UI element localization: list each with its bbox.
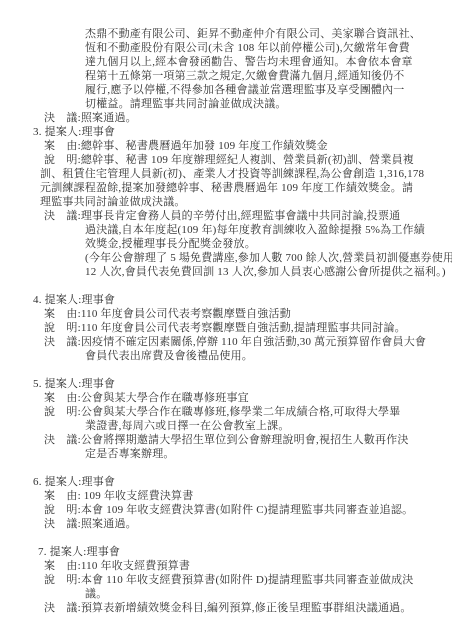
resolution-row: 決 議:照案通過。 [44, 111, 452, 125]
resolution-text: 公會將擇期邀請大學招生單位到公會辦理說明會,視招生人數再作決 [81, 434, 409, 446]
carryover-line: 杰鼎不動產有限公司、鉅昇不動產仲介有限公司、美家聯合資訊社、 [85, 27, 452, 41]
proposer-label: 提案人: [45, 378, 82, 390]
explanation-line: 理監事共同討論並做成決議。 [40, 195, 452, 209]
proposer-name: 理事會 [82, 294, 116, 306]
explanation-line: 元訓練課程盈餘,提案加發總幹事、秘書農曆過年 109 年度工作績效獎金。請 [40, 181, 452, 195]
document-page: 杰鼎不動產有限公司、鉅昇不動產仲介有限公司、美家聯合資訊社、 恆和不動產股份有限… [0, 0, 452, 640]
resolution-text: 預算表新增績效獎金科目,編列預算,修正後呈理監事群組決議通過。 [81, 602, 412, 614]
subject-row: 案 由:公會與某大學合作在職專修班事宜 [44, 391, 452, 405]
proposal-header: 7.提案人:理事會 [38, 545, 452, 559]
explanation-row: 說 明:公會與某大學合作在職專修班,修學業二年成績合格,可取得大學畢 [44, 405, 452, 419]
proposal-6: 6.提案人:理事會 案 由: 109 年收支經費決算書 說 明:本會 109 年… [0, 475, 452, 531]
resolution-label: 決 議: [44, 336, 81, 348]
carryover-line: 程第十五條第一項第三款之規定,欠繳會費滿九個月,經通知後仍不 [85, 69, 452, 83]
proposal-7: 7.提案人:理事會 案 由:110 年收支經費預算書 說 明:本會 110 年收… [0, 545, 452, 615]
resolution-text: 因疫情不確定因素關係,停辦 110 年自強活動,30 萬元預算留作會員大會 [81, 336, 426, 348]
explanation-text: 總幹事、秘書 109 年度辦理經紀人複訓、營業員新(初)訓、營業員複 [81, 154, 414, 166]
proposer-name: 理事會 [82, 378, 116, 390]
subject-row: 案 由: 109 年收支經費決算書 [44, 489, 452, 503]
resolution-row: 決 議:因疫情不確定因素關係,停辦 110 年自強活動,30 萬元預算留作會員大… [44, 335, 452, 349]
proposal-number: 3. [33, 126, 42, 138]
resolution-line: 定是否專案辦理。 [85, 447, 452, 461]
carryover-line: 切權益。請理監事共同討論並做成決議。 [85, 97, 452, 111]
proposer-name: 理事會 [87, 546, 121, 558]
resolution-label: 決 議: [44, 434, 81, 446]
proposer-label: 提案人: [45, 476, 82, 488]
proposer-label: 提案人: [45, 294, 82, 306]
proposal-header: 6.提案人:理事會 [33, 475, 452, 489]
carryover-line: 恆和不動產股份有限公司(未含 108 年以前停權公司),欠繳常年會費 [85, 41, 452, 55]
explanation-row: 說 明:110 年度會員公司代表考察觀摩暨自強活動,提請理監事共同討論。 [44, 321, 452, 335]
proposal-4: 4.提案人:理事會 案 由:110 年度會員公司代表考察觀摩暨自強活動 說 明:… [0, 293, 452, 363]
resolution-row: 決 議:理事長肯定會務人員的辛勞付出,經理監事會議中共同討論,投票通 [44, 209, 452, 223]
subject-row: 案 由:110 年收支經費預算書 [44, 559, 452, 573]
proposer-label: 提案人: [50, 546, 87, 558]
proposal-number: 4. [33, 294, 42, 306]
subject-label: 案 由: [44, 140, 81, 152]
carryover-section: 杰鼎不動產有限公司、鉅昇不動產仲介有限公司、美家聯合資訊社、 恆和不動產股份有限… [0, 27, 452, 125]
resolution-line: 會員代表出席費及會後禮品使用。 [85, 349, 452, 363]
proposal-number: 5. [33, 378, 42, 390]
resolution-text: 照案通過。 [81, 518, 137, 530]
proposal-number: 6. [33, 476, 42, 488]
resolution-line: 過決議,自本年度起(109 年)每年度教育訓練收入盈餘提撥 5%為工作績 [85, 223, 452, 237]
subject-row: 案 由:110 年度會員公司代表考察觀摩暨自強活動 [44, 307, 452, 321]
subject-text: 110 年收支經費預算書 [81, 560, 190, 572]
subject-label: 案 由: [44, 490, 81, 502]
explanation-text: 110 年度會員公司代表考察觀摩暨自強活動,提請理監事共同討論。 [81, 322, 406, 334]
subject-text: 110 年度會員公司代表考察觀摩暨自強活動 [81, 308, 291, 320]
explanation-line: 訓、租賃住宅管理人員新(初)、產業人才投資等訓練課程,為公會創造 1,316,1… [40, 167, 452, 181]
subject-label: 案 由: [44, 308, 81, 320]
explanation-line: 業證書,每周六或日擇一在公會教室上課。 [85, 419, 452, 433]
proposer-name: 理事會 [82, 126, 116, 138]
resolution-text: 照案通過。 [81, 112, 137, 124]
explanation-label: 說 明: [44, 154, 81, 166]
explanation-line: 議。 [85, 587, 452, 601]
subject-label: 案 由: [44, 560, 81, 572]
resolution-label: 決 議: [44, 602, 81, 614]
proposal-3: 3.提案人:理事會 案 由:總幹事、秘書農曆過年加發 109 年度工作績效獎金 … [0, 125, 452, 279]
resolution-row: 決 議:預算表新增績效獎金科目,編列預算,修正後呈理監事群組決議通過。 [44, 601, 452, 615]
proposal-5: 5.提案人:理事會 案 由:公會與某大學合作在職專修班事宜 說 明:公會與某大學… [0, 377, 452, 461]
resolution-row: 決 議:照案通過。 [44, 517, 452, 531]
proposer-label: 提案人: [45, 126, 82, 138]
carryover-line: 履行,應予以停權,不得參加各種會議並當選理監事及享受團體內一 [85, 83, 452, 97]
carryover-line: 達九個月以上,經本會發函勸告、警告均未理會通知。本會依本會章 [85, 55, 452, 69]
explanation-row: 說 明:總幹事、秘書 109 年度辦理經紀人複訓、營業員新(初)訓、營業員複 [44, 153, 452, 167]
subject-label: 案 由: [44, 392, 81, 404]
note-line: (今年公會辦理了 5 場免費講座,參加人數 700 餘人次,營業員初訓優惠券使用 [85, 251, 452, 265]
explanation-label: 說 明: [44, 322, 81, 334]
subject-text: 總幹事、秘書農曆過年加發 109 年度工作績效獎金 [81, 140, 328, 152]
proposal-header: 5.提案人:理事會 [33, 377, 452, 391]
resolution-label: 決 議: [44, 112, 81, 124]
subject-text: 公會與某大學合作在職專修班事宜 [81, 392, 249, 404]
resolution-label: 決 議: [44, 210, 81, 222]
resolution-label: 決 議: [44, 518, 81, 530]
explanation-label: 說 明: [44, 574, 81, 586]
explanation-label: 說 明: [44, 504, 81, 516]
proposal-header: 4.提案人:理事會 [33, 293, 452, 307]
explanation-text: 本會 109 年收支經費決算書(如附件 C)提請理監事共同審查並追認。 [81, 504, 413, 516]
explanation-label: 說 明: [44, 406, 81, 418]
subject-text: 109 年收支經費決算書 [81, 490, 194, 502]
proposal-header: 3.提案人:理事會 [33, 125, 452, 139]
resolution-text: 理事長肯定會務人員的辛勞付出,經理監事會議中共同討論,投票通 [81, 210, 401, 222]
explanation-text: 本會 110 年收支經費預算書(如附件 D)提請理監事共同審查並做成決 [81, 574, 414, 586]
explanation-text: 公會與某大學合作在職專修班,修學業二年成績合格,可取得大學畢 [81, 406, 401, 418]
explanation-row: 說 明:本會 109 年收支經費決算書(如附件 C)提請理監事共同審查並追認。 [44, 503, 452, 517]
note-line: 12 人次,會員代表免費回訓 13 人次,參加人員衷心感謝公會所提供之福利。) [85, 265, 452, 279]
resolution-line: 效獎金,授權理事長分配獎金發放。 [85, 237, 452, 251]
explanation-row: 說 明:本會 110 年收支經費預算書(如附件 D)提請理監事共同審查並做成決 [44, 573, 452, 587]
subject-row: 案 由:總幹事、秘書農曆過年加發 109 年度工作績效獎金 [44, 139, 452, 153]
resolution-row: 決 議:公會將擇期邀請大學招生單位到公會辦理說明會,視招生人數再作決 [44, 433, 452, 447]
proposer-name: 理事會 [82, 476, 116, 488]
proposal-number: 7. [38, 546, 47, 558]
